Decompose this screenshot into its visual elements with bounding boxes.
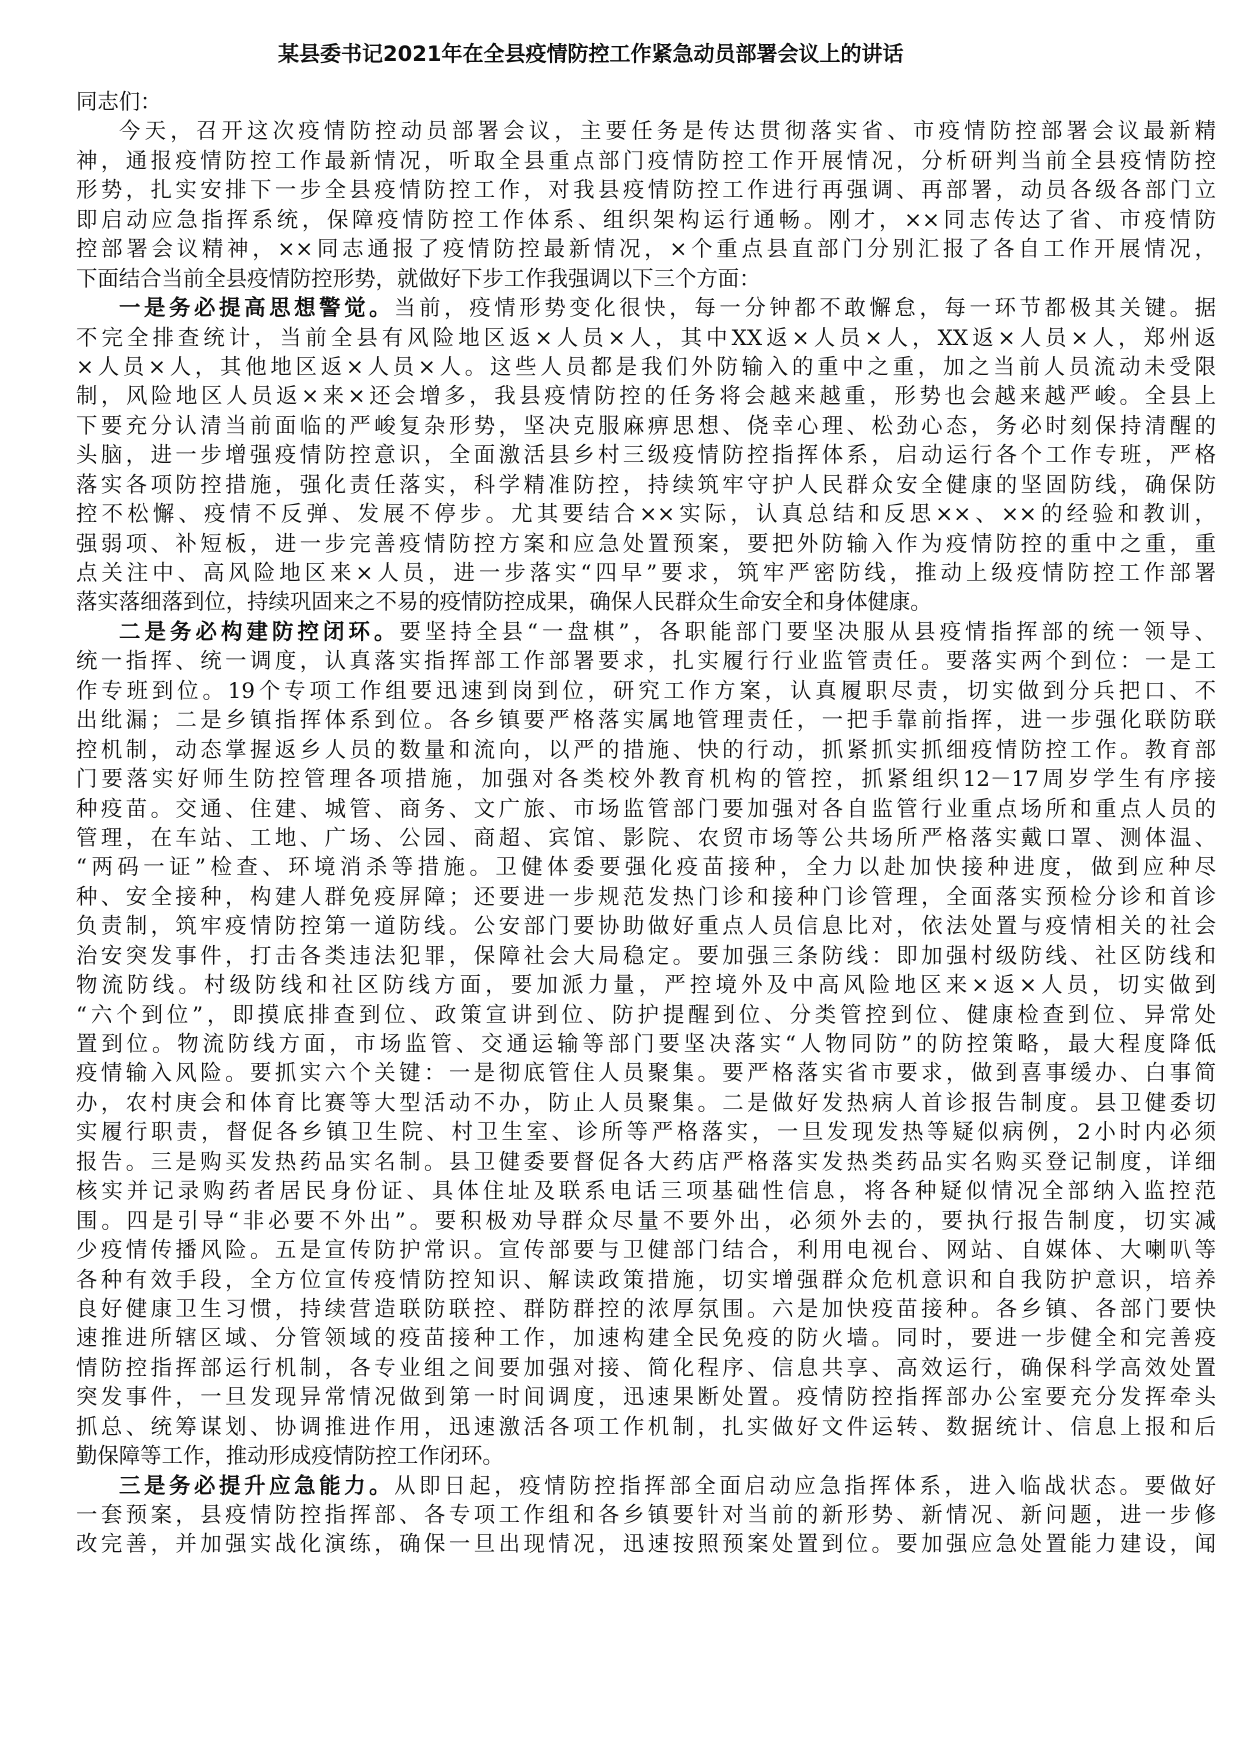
paragraph-line: 落实落细落到位，持续巩固来之不易的疫情防控成果，确保人民群众生命安全和身体健康。 [76,588,1216,617]
line-text: 报告。三是购买发热药品实名制。县卫健委要督促各大药店严格落实发热类药品实名购买登… [76,1150,1216,1175]
line-text: 控部署会议精神，××同志通报了疫情防控最新情况，×个重点县直部门分别汇报了各自工… [76,237,1216,262]
paragraph-line: 作专班到位。19个专项工作组要迅速到岗到位，研究工作方案，认真履职尽责，切实做到… [76,677,1216,706]
paragraph-line: 落实各项防控措施，强化责任落实，科学精准防控，持续筑牢守护人民群众安全健康的坚固… [76,471,1216,500]
line-text: 勤保障等工作，推动形成疫情防控工作闭环。 [76,1444,504,1469]
paragraph-line: 今天，召开这次疫情防控动员部署会议，主要任务是传达贯彻落实省、市疫情防控部署会议… [76,117,1216,146]
paragraph-line: 下面结合当前全县疫情防控形势，就做好下步工作我强调以下三个方面： [76,265,1216,294]
paragraph-line: 不完全排查统计，当前全县有风险地区返×人员×人，其中XX返×人员×人，XX返×人… [76,324,1216,353]
paragraph-line: 办，农村庚会和体育比赛等大型活动不办，防止人员聚集。二是做好发热病人首诊报告制度… [76,1089,1216,1118]
paragraph-line: 门要落实好师生防控管理各项措施，加强对各类校外教育机构的管控，抓紧组织12－17… [76,765,1216,794]
paragraph-line: 形势，扎实安排下一步全县疫情防控工作，对我县疫情防控工作进行再强调、再部署，动员… [76,176,1216,205]
paragraph-line: 控机制，动态掌握返乡人员的数量和流向，以严的措施、快的行动，抓紧抓实抓细疫情防控… [76,736,1216,765]
line-text: 负责制，筑牢疫情防控第一道防线。公安部门要协助做好重点人员信息比对，依法处置与疫… [76,914,1216,939]
line-text: 情防控指挥部运行机制，各专业组之间要加强对接、简化程序、信息共享、高效运行，确保… [76,1356,1216,1381]
section-heading-line: 二是务必构建防控闭环。要坚持全县“一盘棋”，各职能部门要坚决服从县疫情指挥部的统… [76,618,1216,647]
line-text: 办，农村庚会和体育比赛等大型活动不办，防止人员聚集。二是做好发热病人首诊报告制度… [76,1091,1216,1116]
section-lead: 二是务必构建防控闭环。 [119,620,400,645]
paragraph-line: “六个到位”，即摸底排查到位、政策宣讲到位、防护提醒到位、分类管控到位、健康检查… [76,1001,1216,1030]
paragraph-line: 突发事件，一旦发现异常情况做到第一时间调度，迅速果断处置。疫情防控指挥部办公室要… [76,1383,1216,1412]
paragraph-line: 少疫情传播风险。五是宣传防护常识。宣传部要与卫健部门结合，利用电视台、网站、自媒… [76,1236,1216,1265]
line-text: 物流防线。村级防线和社区防线方面，要加派力量，严控境外及中高风险地区来×返×人员… [76,973,1216,998]
line-text: 要坚持全县“一盘棋”，各职能部门要坚决服从县疫情指挥部的统一领导、 [400,620,1216,645]
line-text: 治安突发事件，打击各类违法犯罪，保障社会大局稳定。要加强三条防线：即加强村级防线… [76,944,1216,969]
paragraph-line: 围。四是引导“非必要不外出”。要积极劝导群众尽量不要外出，必须外去的，要执行报告… [76,1207,1216,1236]
line-text: 落实各项防控措施，强化责任落实，科学精准防控，持续筑牢守护人民群众安全健康的坚固… [76,473,1216,498]
line-text: 点关注中、高风险地区来×人员，进一步落实“四早”要求，筑牢严密防线，推动上级疫情… [76,561,1216,586]
line-text: 从即日起，疫情防控指挥部全面启动应急指挥体系，进入临战状态。要做好 [394,1474,1216,1499]
paragraph-line: 出纰漏；二是乡镇指挥体系到位。各乡镇要严格落实属地管理责任，一把手靠前指挥，进一… [76,706,1216,735]
salutation: 同志们： [76,88,1216,117]
line-text: 落实落细落到位，持续巩固来之不易的疫情防控成果，确保人民群众生命安全和身体健康。 [76,590,932,615]
line-text: 出纰漏；二是乡镇指挥体系到位。各乡镇要严格落实属地管理责任，一把手靠前指挥，进一… [76,708,1216,733]
paragraph-line: 核实并记录购药者居民身份证、具体住址及联系电话三项基础性信息，将各种疑似情况全部… [76,1177,1216,1206]
line-text: 速推进所辖区域、分管领域的疫苗接种工作，加速构建全民免疫的防火墙。同时，要进一步… [76,1326,1216,1351]
paragraph-line: 头脑，进一步增强疫情防控意识，全面激活县乡村三级疫情防控指挥体系，启动运行各个工… [76,441,1216,470]
line-text: 管理，在车站、工地、广场、公园、商超、宾馆、影院、农贸市场等公共场所严格落实戴口… [76,826,1216,851]
paragraph-line: 种、安全接种，构建人群免疫屏障；还要进一步规范发热门诊和接种门诊管理，全面落实预… [76,883,1216,912]
paragraph-line: 治安突发事件，打击各类违法犯罪，保障社会大局稳定。要加强三条防线：即加强村级防线… [76,942,1216,971]
section-heading-line: 一是务必提高思想警觉。当前，疫情形势变化很快，每一分钟都不敢懈怠，每一环节都极其… [76,294,1216,323]
line-text: 各种有效手段，全方位宣传疫情防控知识、解读政策措施，切实增强群众危机意识和自我防… [76,1268,1216,1293]
line-text: 头脑，进一步增强疫情防控意识，全面激活县乡村三级疫情防控指挥体系，启动运行各个工… [76,443,1216,468]
paragraph-line: 改完善，并加强实战化演练，确保一旦出现情况，迅速按照预案处置到位。要加强应急处置… [76,1530,1216,1559]
line-text: 突发事件，一旦发现异常情况做到第一时间调度，迅速果断处置。疫情防控指挥部办公室要… [76,1385,1216,1410]
paragraph-line: 物流防线。村级防线和社区防线方面，要加派力量，严控境外及中高风险地区来×返×人员… [76,971,1216,1000]
paragraph-line: 负责制，筑牢疫情防控第一道防线。公安部门要协助做好重点人员信息比对，依法处置与疫… [76,912,1216,941]
line-text: 制，风险地区人员返×来×还会增多，我县疫情防控的任务将会越来越重，形势也会越来越… [76,384,1216,409]
paragraph-line: 点关注中、高风险地区来×人员，进一步落实“四早”要求，筑牢严密防线，推动上级疫情… [76,559,1216,588]
paragraph-line: 勤保障等工作，推动形成疫情防控工作闭环。 [76,1442,1216,1471]
paragraph-line: 神，通报疫情防控工作最新情况，听取全县重点部门疫情防控工作开展情况，分析研判当前… [76,147,1216,176]
paragraph-line: 统一指挥、统一调度，认真落实指挥部工作部署要求，扎实履行行业监管责任。要落实两个… [76,647,1216,676]
line-text: 种、安全接种，构建人群免疫屏障；还要进一步规范发热门诊和接种门诊管理，全面落实预… [76,885,1216,910]
paragraph-line: 良好健康卫生习惯，持续营造联防联控、群防群控的浓厚氛围。六是加快疫苗接种。各乡镇… [76,1295,1216,1324]
line-text: 不完全排查统计，当前全县有风险地区返×人员×人，其中XX返×人员×人，XX返×人… [76,326,1216,351]
line-text: 少疫情传播风险。五是宣传防护常识。宣传部要与卫健部门结合，利用电视台、网站、自媒… [76,1238,1216,1263]
paragraph-line: ×人员×人，其他地区返×人员×人。这些人员都是我们外防输入的重中之重，加之当前人… [76,353,1216,382]
paragraph-line: 制，风险地区人员返×来×还会增多，我县疫情防控的任务将会越来越重，形势也会越来越… [76,382,1216,411]
line-text: 门要落实好师生防控管理各项措施，加强对各类校外教育机构的管控，抓紧组织12－17… [76,767,1216,792]
line-text: 下要充分认清当前面临的严峻复杂形势，坚决克服麻痹思想、侥幸心理、松劲心态，务必时… [76,414,1216,439]
paragraph-line: 各种有效手段，全方位宣传疫情防控知识、解读政策措施，切实增强群众危机意识和自我防… [76,1266,1216,1295]
line-text: 神，通报疫情防控工作最新情况，听取全县重点部门疫情防控工作开展情况，分析研判当前… [76,149,1216,174]
line-text: 今天，召开这次疫情防控动员部署会议，主要任务是传达贯彻落实省、市疫情防控部署会议… [119,119,1216,144]
paragraph-line: 控不松懈、疫情不反弹、发展不停步。尤其要结合××实际，认真总结和反思××、××的… [76,500,1216,529]
document-title: 某县委书记2021年在全县疫情防控工作紧急动员部署会议上的讲话 [0,38,1240,68]
paragraph-line: 一套预案，县疫情防控指挥部、各专项工作组和各乡镇要针对当前的新形势、新情况、新问… [76,1501,1216,1530]
line-text: 形势，扎实安排下一步全县疫情防控工作，对我县疫情防控工作进行再强调、再部署，动员… [76,178,1216,203]
paragraph-line: 报告。三是购买发热药品实名制。县卫健委要督促各大药店严格落实发热类药品实名购买登… [76,1148,1216,1177]
paragraph-line: 下要充分认清当前面临的严峻复杂形势，坚决克服麻痹思想、侥幸心理、松劲心态，务必时… [76,412,1216,441]
line-text: 控不松懈、疫情不反弹、发展不停步。尤其要结合××实际，认真总结和反思××、××的… [76,502,1216,527]
line-text: 种疫苗。交通、住建、城管、商务、文广旅、市场监管部门要加强对各自监管行业重点场所… [76,797,1216,822]
paragraph-line: 即启动应急指挥系统，保障疫情防控工作体系、组织架构运行通畅。刚才，××同志传达了… [76,206,1216,235]
line-text: 围。四是引导“非必要不外出”。要积极劝导群众尽量不要外出，必须外去的，要执行报告… [76,1209,1216,1234]
line-text: 即启动应急指挥系统，保障疫情防控工作体系、组织架构运行通畅。刚才，××同志传达了… [76,208,1216,233]
paragraph-line: 疫情输入风险。要抓实六个关键：一是彻底管住人员聚集。要严格落实省市要求，做到喜事… [76,1059,1216,1088]
paragraph-line: 强弱项、补短板，进一步完善疫情防控方案和应急处置预案，要把外防输入作为疫情防控的… [76,530,1216,559]
paragraph-line: “两码一证”检查、环境消杀等措施。卫健体委要强化疫苗接种，全力以赴加快接种进度，… [76,853,1216,882]
line-text: “六个到位”，即摸底排查到位、政策宣讲到位、防护提醒到位、分类管控到位、健康检查… [76,1003,1216,1028]
line-text: 良好健康卫生习惯，持续营造联防联控、群防群控的浓厚氛围。六是加快疫苗接种。各乡镇… [76,1297,1216,1322]
line-text: 强弱项、补短板，进一步完善疫情防控方案和应急处置预案，要把外防输入作为疫情防控的… [76,532,1216,557]
line-text: 控机制，动态掌握返乡人员的数量和流向，以严的措施、快的行动，抓紧抓实抓细疫情防控… [76,738,1216,763]
paragraph-line: 置到位。物流防线方面，市场监管、交通运输等部门要坚决落实“人物同防”的防控策略，… [76,1030,1216,1059]
paragraph-line: 实履行职责，督促各乡镇卫生院、村卫生室、诊所等严格落实，一旦发现发热等疑似病例，… [76,1118,1216,1147]
line-text: 实履行职责，督促各乡镇卫生院、村卫生室、诊所等严格落实，一旦发现发热等疑似病例，… [76,1120,1216,1145]
paragraph-line: 速推进所辖区域、分管领域的疫苗接种工作，加速构建全民免疫的防火墙。同时，要进一步… [76,1324,1216,1353]
line-text: 核实并记录购药者居民身份证、具体住址及联系电话三项基础性信息，将各种疑似情况全部… [76,1179,1216,1204]
line-text: 抓总、统筹谋划、协调推进作用，迅速激活各项工作机制，扎实做好文件运转、数据统计、… [76,1415,1216,1440]
line-text: 统一指挥、统一调度，认真落实指挥部工作部署要求，扎实履行行业监管责任。要落实两个… [76,649,1216,674]
section-lead: 一是务必提高思想警觉。 [119,296,394,321]
line-text: 下面结合当前全县疫情防控形势，就做好下步工作我强调以下三个方面： [76,267,761,292]
paragraph-line: 种疫苗。交通、住建、城管、商务、文广旅、市场监管部门要加强对各自监管行业重点场所… [76,795,1216,824]
section-lead: 三是务必提升应急能力。 [119,1474,394,1499]
paragraph-line: 管理，在车站、工地、广场、公园、商超、宾馆、影院、农贸市场等公共场所严格落实戴口… [76,824,1216,853]
line-text: 一套预案，县疫情防控指挥部、各专项工作组和各乡镇要针对当前的新形势、新情况、新问… [76,1503,1216,1528]
document-body: 同志们： 今天，召开这次疫情防控动员部署会议，主要任务是传达贯彻落实省、市疫情防… [76,88,1216,1560]
line-text: 疫情输入风险。要抓实六个关键：一是彻底管住人员聚集。要严格落实省市要求，做到喜事… [76,1061,1216,1086]
document-page: 某县委书记2021年在全县疫情防控工作紧急动员部署会议上的讲话 同志们： 今天，… [0,0,1240,1754]
line-text: ×人员×人，其他地区返×人员×人。这些人员都是我们外防输入的重中之重，加之当前人… [76,355,1216,380]
line-text: 当前，疫情形势变化很快，每一分钟都不敢懈怠，每一环节都极其关键。据 [394,296,1216,321]
paragraph-line: 抓总、统筹谋划、协调推进作用，迅速激活各项工作机制，扎实做好文件运转、数据统计、… [76,1413,1216,1442]
section-heading-line: 三是务必提升应急能力。从即日起，疫情防控指挥部全面启动应急指挥体系，进入临战状态… [76,1472,1216,1501]
line-text: 置到位。物流防线方面，市场监管、交通运输等部门要坚决落实“人物同防”的防控策略，… [76,1032,1216,1057]
line-text: “两码一证”检查、环境消杀等措施。卫健体委要强化疫苗接种，全力以赴加快接种进度，… [76,855,1216,880]
line-text: 改完善，并加强实战化演练，确保一旦出现情况，迅速按照预案处置到位。要加强应急处置… [76,1532,1216,1557]
paragraph-line: 情防控指挥部运行机制，各专业组之间要加强对接、简化程序、信息共享、高效运行，确保… [76,1354,1216,1383]
paragraph-line: 控部署会议精神，××同志通报了疫情防控最新情况，×个重点县直部门分别汇报了各自工… [76,235,1216,264]
line-text: 作专班到位。19个专项工作组要迅速到岗到位，研究工作方案，认真履职尽责，切实做到… [76,679,1216,704]
